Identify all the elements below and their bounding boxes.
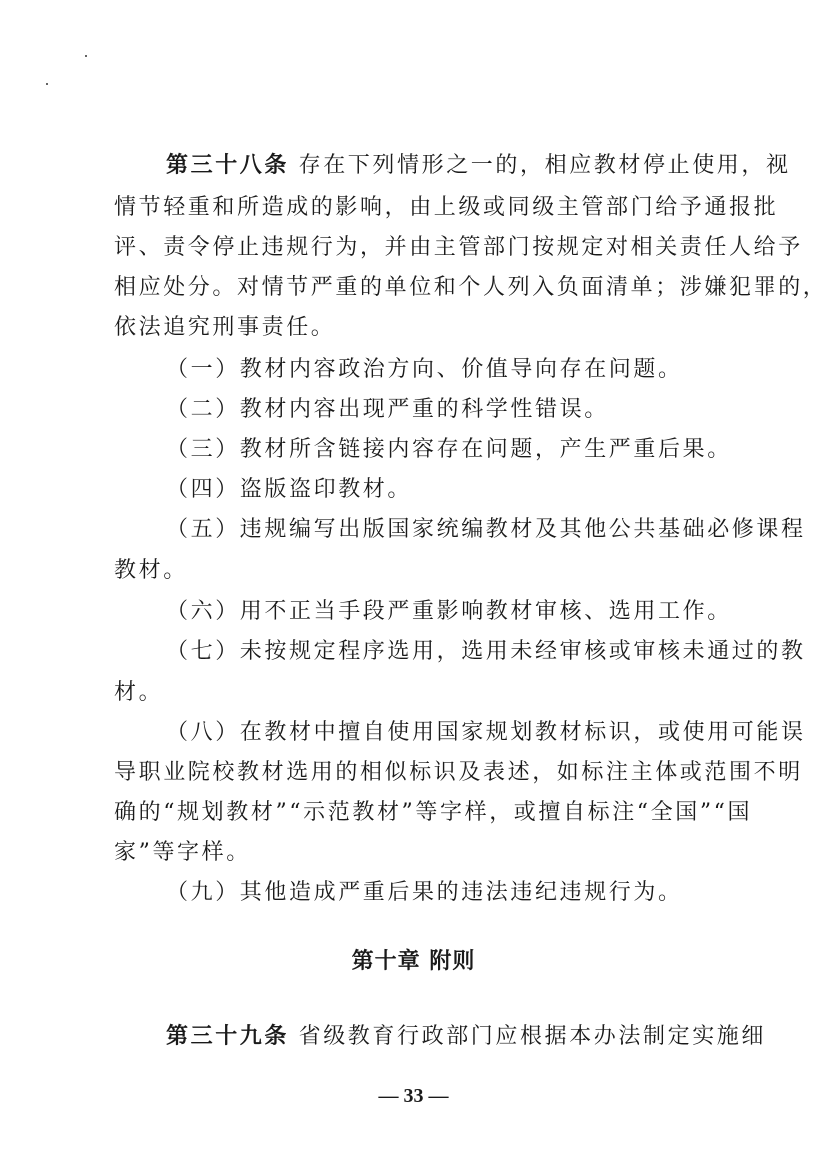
list-item-8-cont-3: 家”等字样。 — [114, 839, 746, 867]
list-item-3: （三）教材所含链接内容存在问题，产生严重后果。 — [166, 436, 746, 464]
article-38-line-4: 相应处分。对情节严重的单位和个人列入负面清单；涉嫌犯罪的， — [114, 274, 746, 302]
list-item-5: （五）违规编写出版国家统编教材及其他公共基础必修课程 — [166, 516, 746, 544]
scan-speck — [85, 55, 87, 57]
article-38-line-1: 第三十八条 存在下列情形之一的，相应教材停止使用，视 — [166, 152, 746, 180]
list-item-8: （八）在教材中擅自使用国家规划教材标识，或使用可能误 — [166, 719, 746, 747]
list-item-6: （六）用不正当手段严重影响教材审核、选用工作。 — [166, 598, 746, 626]
list-item-9: （九）其他造成严重后果的违法违纪违规行为。 — [166, 879, 746, 907]
list-item-1: （一）教材内容政治方向、价值导向存在问题。 — [166, 356, 746, 384]
list-item-8-cont-2: 确的“规划教材”“示范教材”等字样，或擅自标注“全国”“国 — [114, 799, 746, 827]
list-item-2: （二）教材内容出现严重的科学性错误。 — [166, 396, 746, 424]
scan-speck — [46, 83, 48, 85]
chapter-heading: 第十章 附则 — [0, 944, 827, 975]
article-38-line-3: 评、责令停止违规行为，并由主管部门按规定对相关责任人给予 — [114, 234, 746, 262]
article-39: 第三十九条 省级教育行政部门应根据本办法制定实施细 — [166, 1023, 746, 1051]
page-number: — 33 — — [0, 1085, 827, 1108]
article-38-line-2: 情节轻重和所造成的影响，由上级或同级主管部门给予通报批 — [114, 194, 746, 222]
list-item-5-cont: 教材。 — [114, 557, 746, 585]
article-38-label: 第三十八条 — [166, 153, 289, 178]
article-38-line-5: 依法追究刑事责任。 — [114, 314, 746, 342]
list-item-4: （四）盗版盗印教材。 — [166, 476, 746, 504]
article-39-label: 第三十九条 — [166, 1024, 289, 1049]
list-item-7-cont: 材。 — [114, 679, 746, 707]
list-item-8-cont-1: 导职业院校教材选用的相似标识及表述，如标注主体或范围不明 — [114, 759, 746, 787]
list-item-7: （七）未按规定程序选用，选用未经审核或审核未通过的教 — [166, 638, 746, 666]
